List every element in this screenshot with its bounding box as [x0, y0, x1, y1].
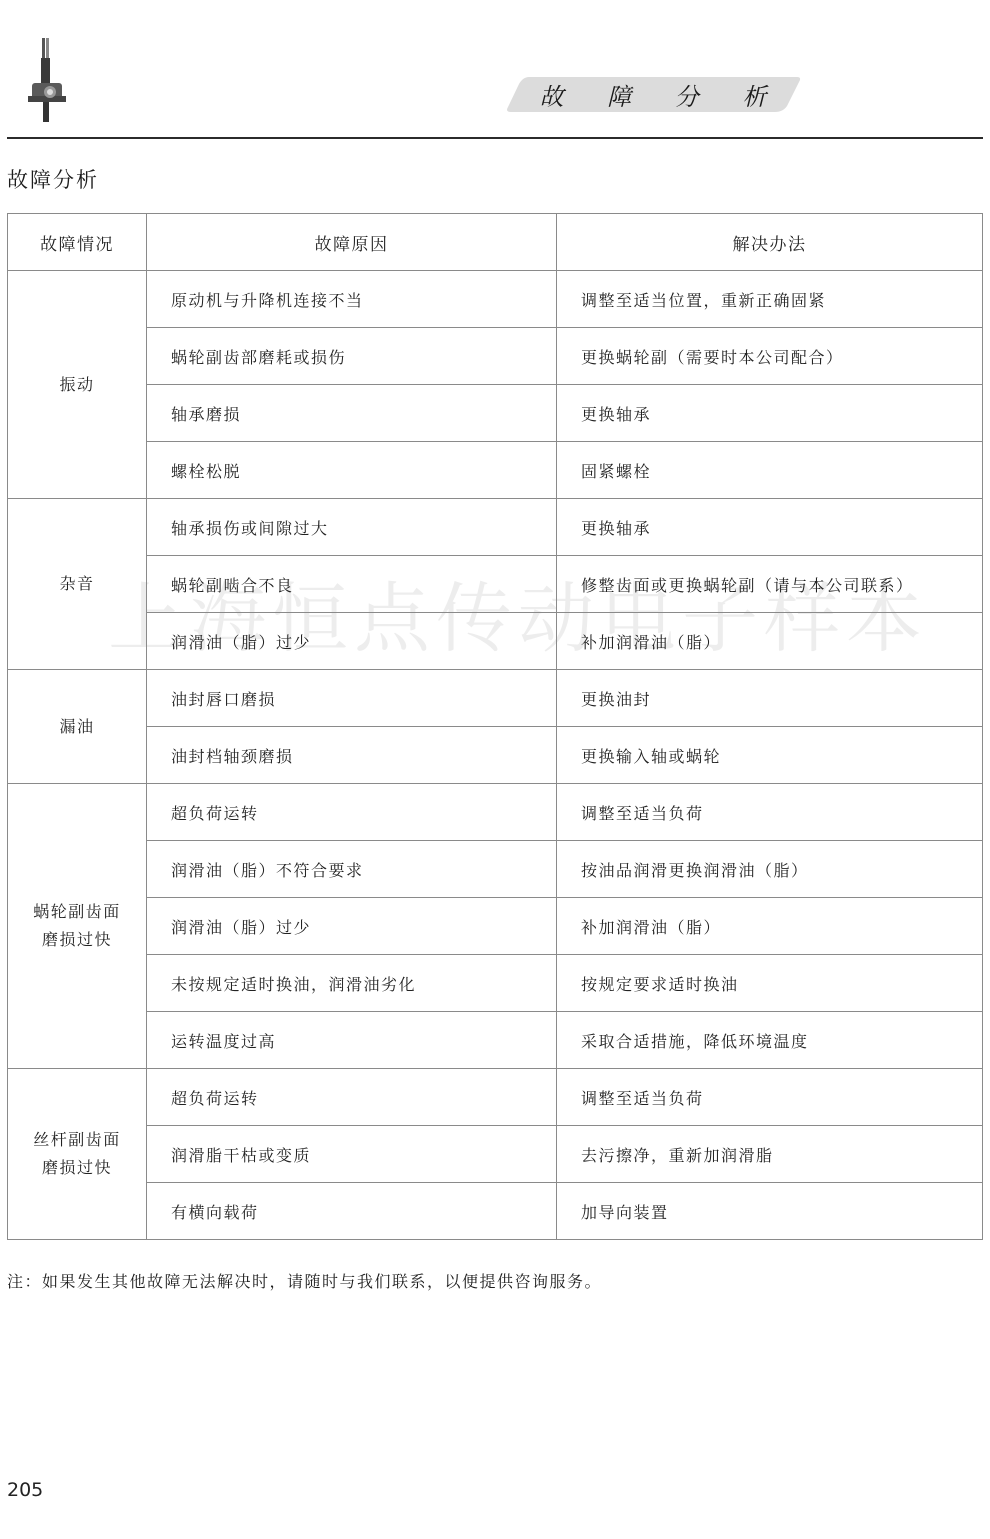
cause-cell: 螺栓松脱: [147, 442, 557, 499]
solution-cell: 按规定要求适时换油: [557, 955, 983, 1012]
category-cell: 丝杆副齿面 磨损过快: [8, 1069, 147, 1240]
solution-cell: 更换轴承: [557, 385, 983, 442]
solution-cell: 补加润滑油（脂）: [557, 613, 983, 670]
solution-cell: 调整至适当负荷: [557, 784, 983, 841]
cause-cell: 蜗轮副啮合不良: [147, 556, 557, 613]
section-title: 故障分析: [7, 164, 99, 194]
table-row: 润滑油（脂）不符合要求 按油品润滑更换润滑油（脂）: [8, 841, 983, 898]
solution-cell: 修整齿面或更换蜗轮副（请与本公司联系）: [557, 556, 983, 613]
cause-cell: 润滑油（脂）不符合要求: [147, 841, 557, 898]
solution-cell: 补加润滑油（脂）: [557, 898, 983, 955]
cause-cell: 有横向载荷: [147, 1183, 557, 1240]
table-row: 蜗轮副齿部磨耗或损伤 更换蜗轮副（需要时本公司配合）: [8, 328, 983, 385]
header-fault-condition: 故障情况: [8, 214, 147, 271]
table-row: 杂音 轴承损伤或间隙过大 更换轴承: [8, 499, 983, 556]
table-row: 蜗轮副齿面 磨损过快 超负荷运转 调整至适当负荷: [8, 784, 983, 841]
solution-cell: 按油品润滑更换润滑油（脂）: [557, 841, 983, 898]
table-row: 螺栓松脱 固紧螺栓: [8, 442, 983, 499]
cause-cell: 未按规定适时换油，润滑油劣化: [147, 955, 557, 1012]
table-row: 未按规定适时换油，润滑油劣化 按规定要求适时换油: [8, 955, 983, 1012]
cause-cell: 超负荷运转: [147, 1069, 557, 1126]
category-line-2: 磨损过快: [8, 1154, 146, 1182]
banner-title: 故 障 分 析: [505, 76, 801, 113]
solution-cell: 固紧螺栓: [557, 442, 983, 499]
cause-cell: 油封档轴颈磨损: [147, 727, 557, 784]
header-solution: 解决办法: [557, 214, 983, 271]
table-row: 漏油 油封唇口磨损 更换油封: [8, 670, 983, 727]
table-header-row: 故障情况 故障原因 解决办法: [8, 214, 983, 271]
solution-cell: 去污擦净，重新加润滑脂: [557, 1126, 983, 1183]
table-row: 油封档轴颈磨损 更换输入轴或蜗轮: [8, 727, 983, 784]
cause-cell: 轴承磨损: [147, 385, 557, 442]
header-divider: [7, 137, 983, 139]
table-row: 有横向载荷 加导向装置: [8, 1183, 983, 1240]
cause-cell: 润滑油（脂）过少: [147, 898, 557, 955]
worm-gear-screw-jack-icon: [24, 38, 74, 124]
category-line-1: 蜗轮副齿面: [8, 898, 146, 926]
category-cell: 漏油: [8, 670, 147, 784]
category-cell: 蜗轮副齿面 磨损过快: [8, 784, 147, 1069]
header-fault-cause: 故障原因: [147, 214, 557, 271]
table-row: 丝杆副齿面 磨损过快 超负荷运转 调整至适当负荷: [8, 1069, 983, 1126]
fault-analysis-table: 故障情况 故障原因 解决办法 振动 原动机与升降机连接不当 调整至适当位置，重新…: [7, 213, 983, 1240]
cause-cell: 润滑油（脂）过少: [147, 613, 557, 670]
cause-cell: 轴承损伤或间隙过大: [147, 499, 557, 556]
cause-cell: 蜗轮副齿部磨耗或损伤: [147, 328, 557, 385]
page-title-banner: 故 障 分 析: [505, 76, 801, 113]
solution-cell: 采取合适措施，降低环境温度: [557, 1012, 983, 1069]
solution-cell: 加导向装置: [557, 1183, 983, 1240]
cause-cell: 原动机与升降机连接不当: [147, 271, 557, 328]
page-number: 205: [7, 1479, 43, 1501]
cause-cell: 运转温度过高: [147, 1012, 557, 1069]
category-cell: 杂音: [8, 499, 147, 670]
table-row: 振动 原动机与升降机连接不当 调整至适当位置，重新正确固紧: [8, 271, 983, 328]
category-line-1: 丝杆副齿面: [8, 1126, 146, 1154]
table-row: 润滑脂干枯或变质 去污擦净，重新加润滑脂: [8, 1126, 983, 1183]
table-row: 轴承磨损 更换轴承: [8, 385, 983, 442]
table-row: 蜗轮副啮合不良 修整齿面或更换蜗轮副（请与本公司联系）: [8, 556, 983, 613]
cause-cell: 超负荷运转: [147, 784, 557, 841]
cause-cell: 油封唇口磨损: [147, 670, 557, 727]
solution-cell: 更换轴承: [557, 499, 983, 556]
table-row: 运转温度过高 采取合适措施，降低环境温度: [8, 1012, 983, 1069]
category-cell: 振动: [8, 271, 147, 499]
footnote: 注：如果发生其他故障无法解决时，请随时与我们联系，以便提供咨询服务。: [7, 1269, 602, 1292]
solution-cell: 调整至适当位置，重新正确固紧: [557, 271, 983, 328]
solution-cell: 调整至适当负荷: [557, 1069, 983, 1126]
solution-cell: 更换蜗轮副（需要时本公司配合）: [557, 328, 983, 385]
cause-cell: 润滑脂干枯或变质: [147, 1126, 557, 1183]
table-row: 润滑油（脂）过少 补加润滑油（脂）: [8, 613, 983, 670]
solution-cell: 更换输入轴或蜗轮: [557, 727, 983, 784]
category-line-2: 磨损过快: [8, 926, 146, 954]
table-row: 润滑油（脂）过少 补加润滑油（脂）: [8, 898, 983, 955]
solution-cell: 更换油封: [557, 670, 983, 727]
